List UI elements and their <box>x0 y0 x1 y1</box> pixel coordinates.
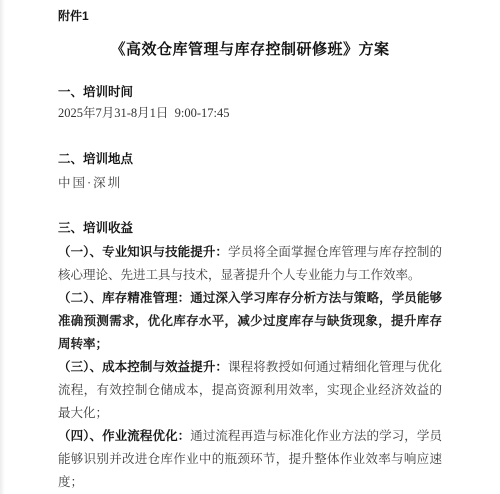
section-heading-time: 一、培训时间 <box>58 84 442 101</box>
page-left-edge <box>0 0 5 494</box>
document-page: 附件1 《高效仓库管理与库存控制研修班》方案 一、培训时间 2025年7月31-… <box>0 0 500 494</box>
benefit-lead-4: （四）、作业流程优化： <box>58 429 190 443</box>
benefit-lead-1: （一）、专业知识与技能提升： <box>58 245 228 259</box>
benefit-lead-3: （三）、成本控制与效益提升： <box>58 360 228 374</box>
attachment-label: 附件1 <box>58 8 442 24</box>
training-location: 中国·深圳 <box>58 175 442 192</box>
section-heading-location: 二、培训地点 <box>58 151 442 168</box>
benefit-item-1: （一）、专业知识与技能提升：学员将全面掌握仓库管理与库存控制的核心理论、先进工具… <box>58 241 442 287</box>
benefits-list: （一）、专业知识与技能提升：学员将全面掌握仓库管理与库存控制的核心理论、先进工具… <box>58 241 442 494</box>
section-heading-benefits: 三、培训收益 <box>58 220 442 237</box>
benefit-item-3: （三）、成本控制与效益提升：课程将教授如何通过精细化管理与优化流程，有效控制仓储… <box>58 356 442 425</box>
training-date: 2025年7月31-8月1日 9:00-17:45 <box>58 105 442 122</box>
benefit-item-2: （二）、库存精准管理：通过深入学习库存分析方法与策略，学员能够准确预测需求，优化… <box>58 287 442 356</box>
benefit-lead-2: （二）、库存精准管理： <box>58 291 190 305</box>
benefit-item-4: （四）、作业流程优化：通过流程再造与标准化作业方法的学习，学员能够识别并改进仓库… <box>58 425 442 494</box>
document-title: 《高效仓库管理与库存控制研修班》方案 <box>58 40 442 60</box>
